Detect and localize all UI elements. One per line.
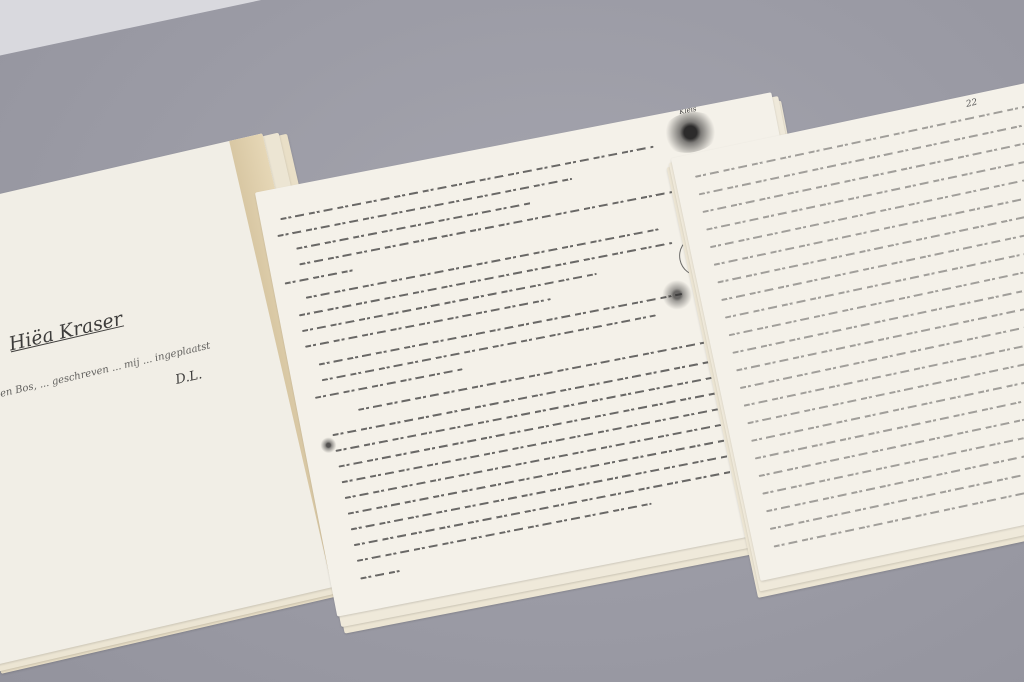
- handwriting-line: [299, 189, 682, 265]
- curly-head-sketch-icon: [660, 277, 695, 312]
- handwriting-line: [351, 445, 783, 531]
- handwriting-line: [322, 314, 656, 381]
- handwriting-line: [770, 447, 1024, 530]
- manuscript-title: Hiëa Kraser: [7, 308, 125, 356]
- signature: D.L.: [174, 367, 204, 388]
- handwriting-line: [354, 464, 767, 546]
- handwriting-line: [360, 570, 400, 580]
- page-number: 22: [965, 98, 978, 110]
- handwriting-line: [285, 269, 354, 284]
- handwriting-line: [319, 293, 683, 366]
- handwriting-line: [302, 273, 597, 332]
- pen-mark-icon: [319, 436, 338, 455]
- handwriting-line: [306, 228, 660, 299]
- handwriting-line: [357, 503, 652, 562]
- handwriting-line: [277, 178, 572, 237]
